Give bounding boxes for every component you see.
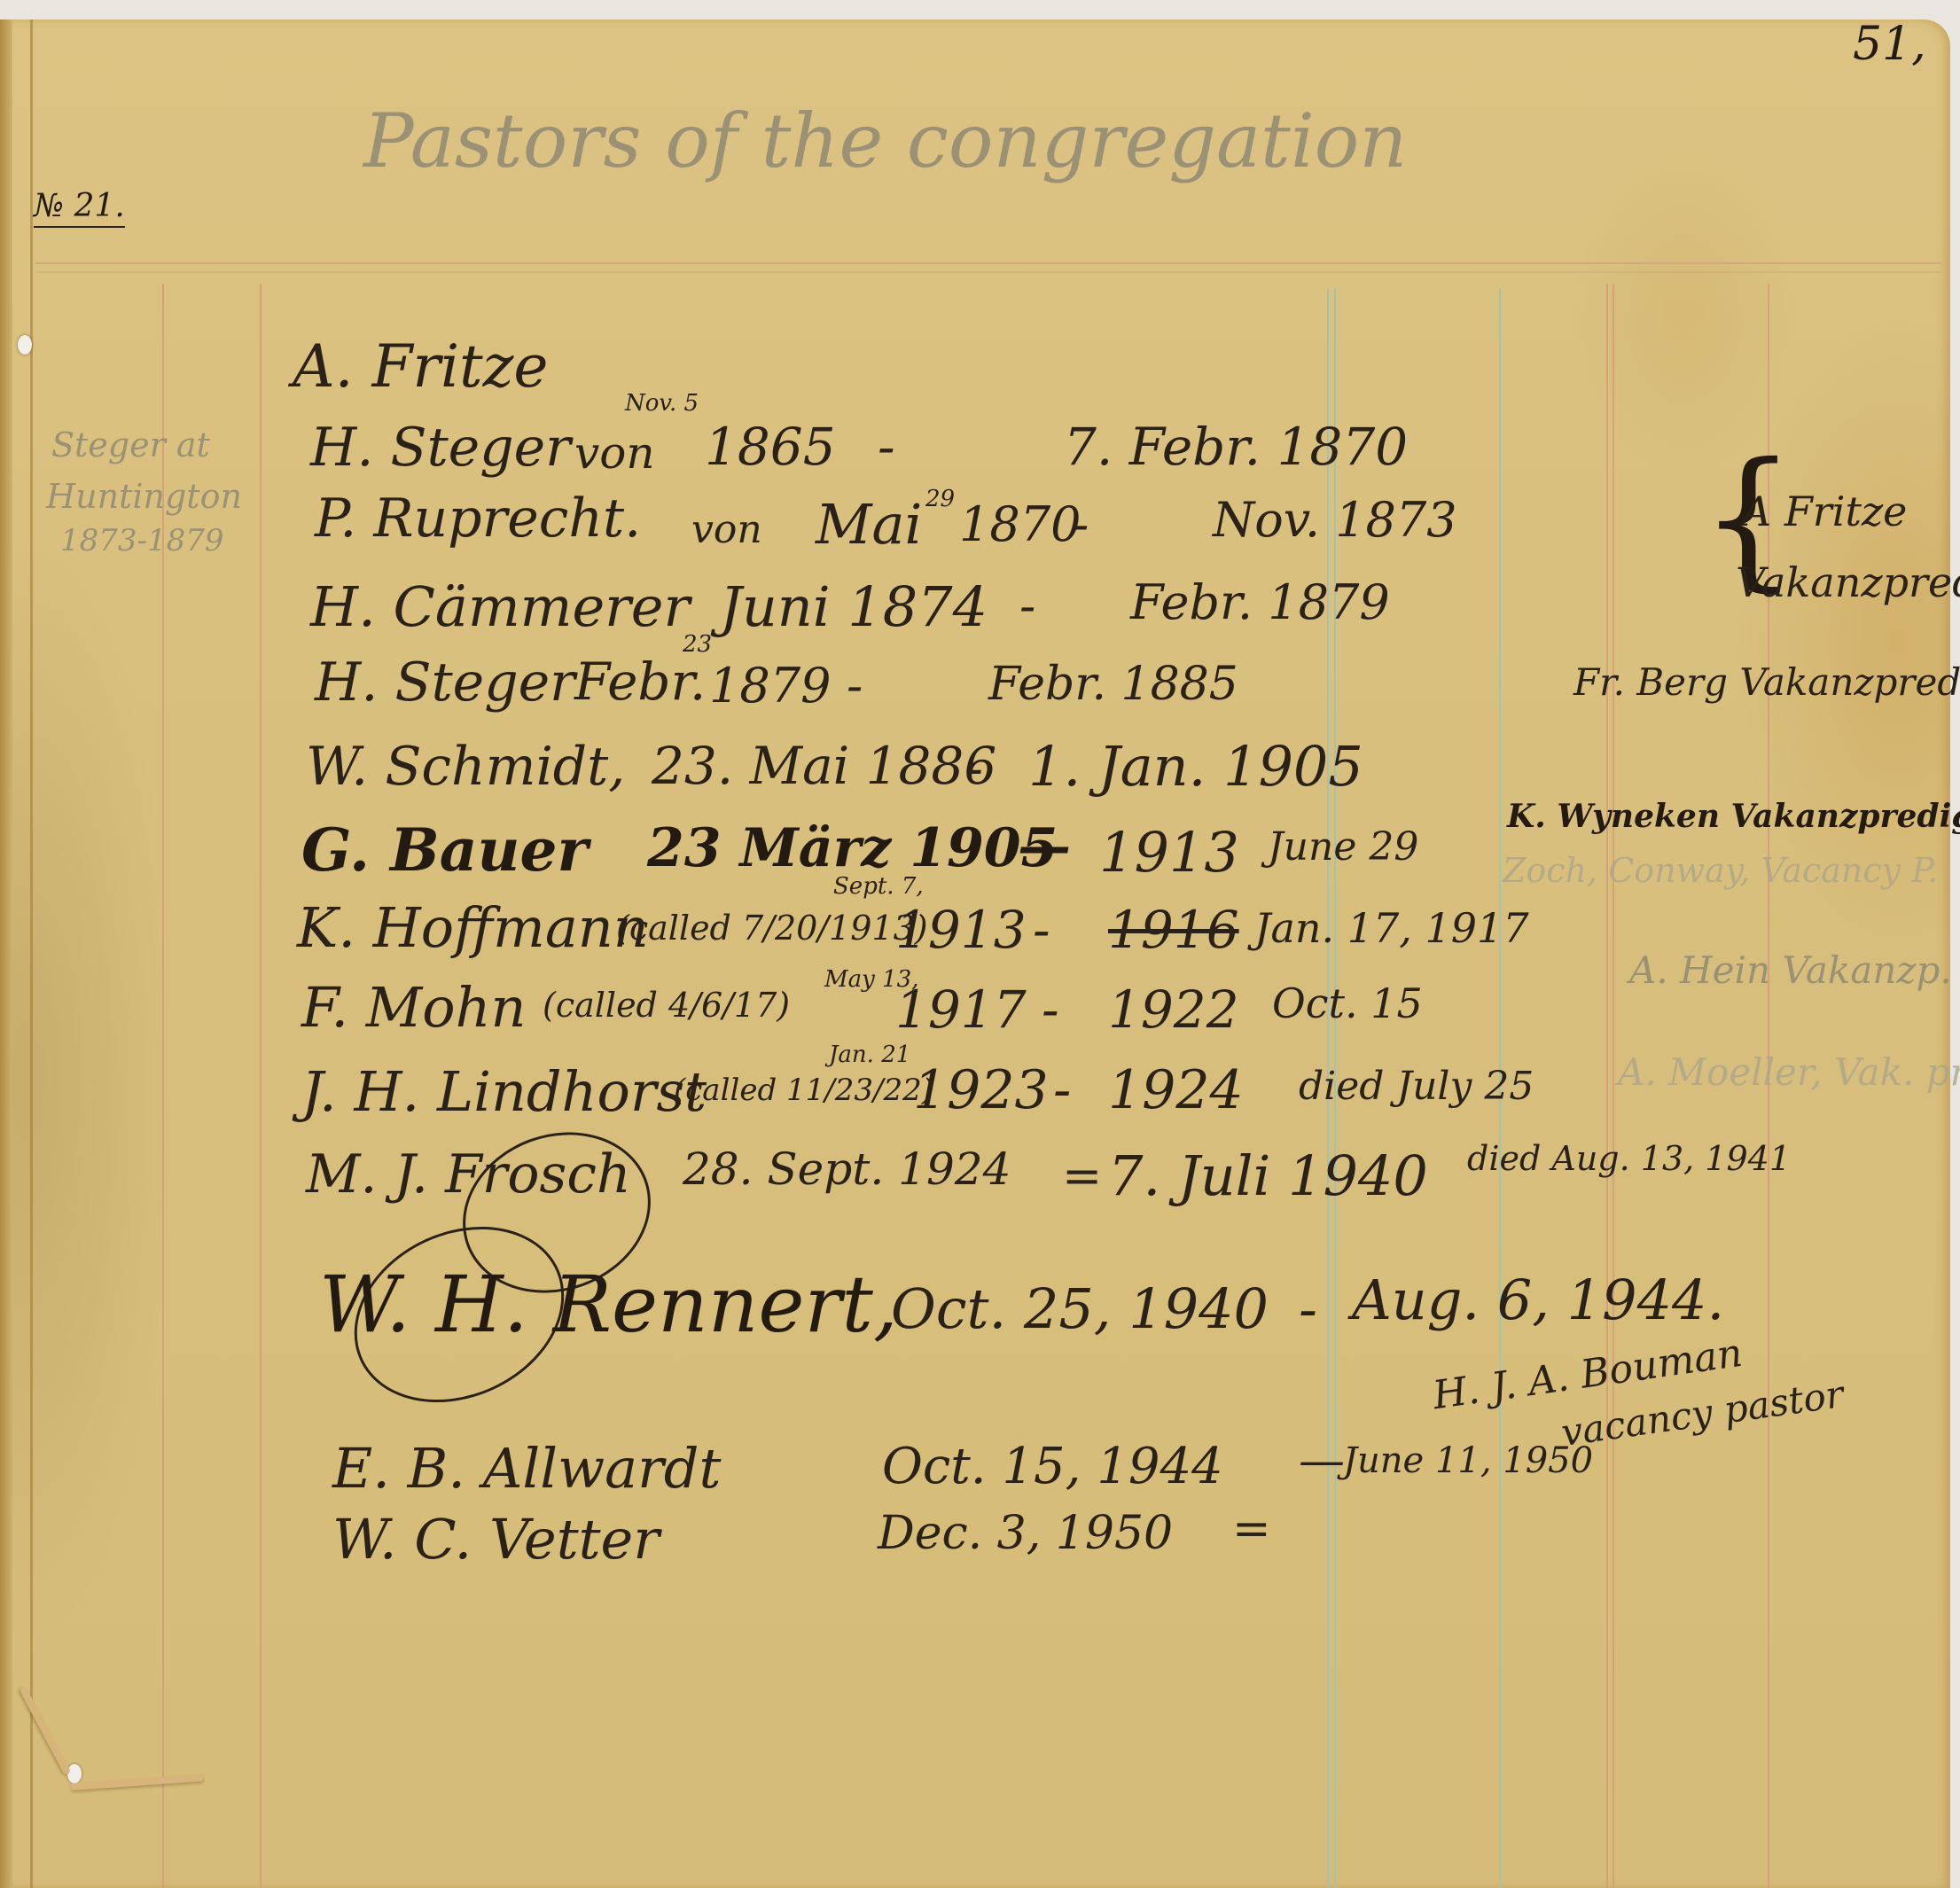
start-date: 23 März 1905 (647, 817, 1058, 879)
page-number: 51, (1853, 18, 1926, 71)
end-date: 7. Febr. 1870 (1064, 417, 1408, 477)
end-year: 1913 (1099, 820, 1239, 885)
end-date: 1. Jan. 1905 (1028, 734, 1363, 799)
pastor-name: G. Bauer (301, 815, 588, 885)
pastor-signature: W. H. Rennert, (319, 1259, 898, 1350)
binding-hole (18, 335, 32, 355)
term-dash: - (1299, 1276, 1317, 1341)
header-rule-secondary (35, 271, 1941, 273)
term-dash: - (966, 740, 983, 798)
binding-spine (0, 20, 12, 1888)
binding-crease (30, 20, 33, 1888)
end-date: June 11, 1950 (1343, 1440, 1593, 1481)
start-date-superscript: 29 (925, 486, 955, 512)
end-date: Febr. 1879 (1130, 574, 1390, 630)
start-year: 1917 (895, 979, 1027, 1040)
start-date-superscript: Nov. 5 (625, 390, 699, 417)
end-year: 1922 (1108, 979, 1239, 1040)
pastor-name: H. Cämmerer (310, 574, 690, 639)
binding-hole (67, 1764, 82, 1783)
term-dash: - (1019, 578, 1035, 634)
term-dash: - (1073, 496, 1089, 552)
column-rule-red-a (1606, 284, 1608, 1888)
end-date: Jan. 17, 1917 (1254, 904, 1529, 952)
term-dash: - (878, 417, 895, 477)
vacancy-pastor: Fr. Berg Vakanzprediger (1573, 660, 1960, 704)
start-date: Dec. 3, 1950 (878, 1507, 1173, 1560)
end-note: died July 25 (1299, 1064, 1534, 1109)
term-dash: - (1042, 979, 1059, 1040)
term-dash: — (1018, 815, 1071, 878)
term-dash: = (1232, 1502, 1271, 1556)
start-date: Oct. 25, 1940 (891, 1276, 1269, 1341)
end-year: 1924 (1108, 1059, 1244, 1121)
start-month: Febr. (574, 651, 706, 712)
called-date: (called 4/6/17) (543, 986, 790, 1025)
pastor-name: F. Mohn (301, 975, 526, 1040)
margin-note-line3: 1873-1879 (60, 523, 224, 558)
page-title: Pastors of the congregation (363, 98, 1407, 184)
vacancy-pastor: K. Wyneken Vakanzprediger (1507, 798, 1960, 835)
end-date: 7. Juli 1940 (1108, 1143, 1428, 1208)
end-date: Febr. 1885 (988, 658, 1238, 711)
pastor-name: W. Schmidt, (306, 736, 625, 798)
pastor-name: P. Ruprecht. (315, 488, 641, 550)
pastor-name: A. Fritze (293, 332, 548, 401)
term-dash: - (847, 658, 863, 714)
start-year: 1865 (705, 417, 836, 477)
term-dash: - (1033, 900, 1050, 960)
register-number: № 21. (34, 188, 125, 228)
vacancy-pastor-title: Vakanzpred. (1736, 558, 1960, 606)
start-year: 1870 (959, 496, 1081, 552)
pastor-name: H. Steger (315, 651, 575, 714)
start-year: 1879 (709, 658, 831, 714)
header-rule (35, 262, 1941, 264)
pastor-name: H. Steger (310, 417, 571, 479)
end-date: Nov. 1873 (1213, 492, 1457, 548)
term-dash: - (1053, 1059, 1071, 1121)
start-date-superscript: 23 (683, 631, 712, 658)
pastor-name: M. J. Frosch (306, 1143, 631, 1205)
vacancy-pastor: A. Hein Vakanzp. (1629, 948, 1952, 992)
start-date-superscript: Sept. 7, (833, 873, 924, 900)
pastor-name: E. B. Allwardt (332, 1436, 721, 1501)
end-year-struck: 1916 (1108, 900, 1239, 960)
term-dash: — (1299, 1434, 1345, 1487)
end-note: June 29 (1268, 824, 1418, 870)
pastor-name: W. C. Vetter (332, 1507, 660, 1572)
column-rule-red-b (1613, 284, 1614, 1888)
end-date: Aug. 6, 1944. (1352, 1268, 1724, 1332)
margin-note-line1: Steger at (51, 425, 210, 464)
start-year: 1923 (913, 1059, 1049, 1121)
called-date: (called 11/23/22) (674, 1073, 933, 1108)
margin-rule-name (260, 284, 262, 1888)
pastor-prefix: von (574, 427, 655, 479)
start-date: Oct. 15, 1944 (882, 1438, 1223, 1495)
pastor-name: J. H. Lindhorst (301, 1059, 707, 1124)
start-date: Juni 1874 (720, 574, 988, 639)
pastor-prefix: von (691, 507, 762, 552)
start-date-superscript: Jan. 21 (829, 1042, 910, 1068)
start-month: Mai (816, 492, 922, 557)
vacancy-pastor: A. Moeller, Vak. pred. (1618, 1050, 1960, 1094)
start-date: 23. Mai 1886 (652, 736, 996, 796)
pastor-name: K. Hoffmann (297, 895, 649, 960)
end-note: Oct. 15 (1272, 979, 1423, 1027)
term-dash: = (1062, 1148, 1102, 1204)
start-year: 1913 (895, 900, 1027, 960)
margin-note-line2: Huntington (46, 477, 242, 516)
vacancy-pastor-name: A Fritze (1742, 488, 1907, 535)
end-note: died Aug. 13, 1941 (1467, 1139, 1791, 1178)
vacancy-pastor: Zoch, Conway, Vacancy P. (1503, 851, 1938, 890)
called-date: (called 7/20/1913) (616, 909, 928, 948)
start-date: 28. Sept. 1924 (683, 1143, 1011, 1195)
